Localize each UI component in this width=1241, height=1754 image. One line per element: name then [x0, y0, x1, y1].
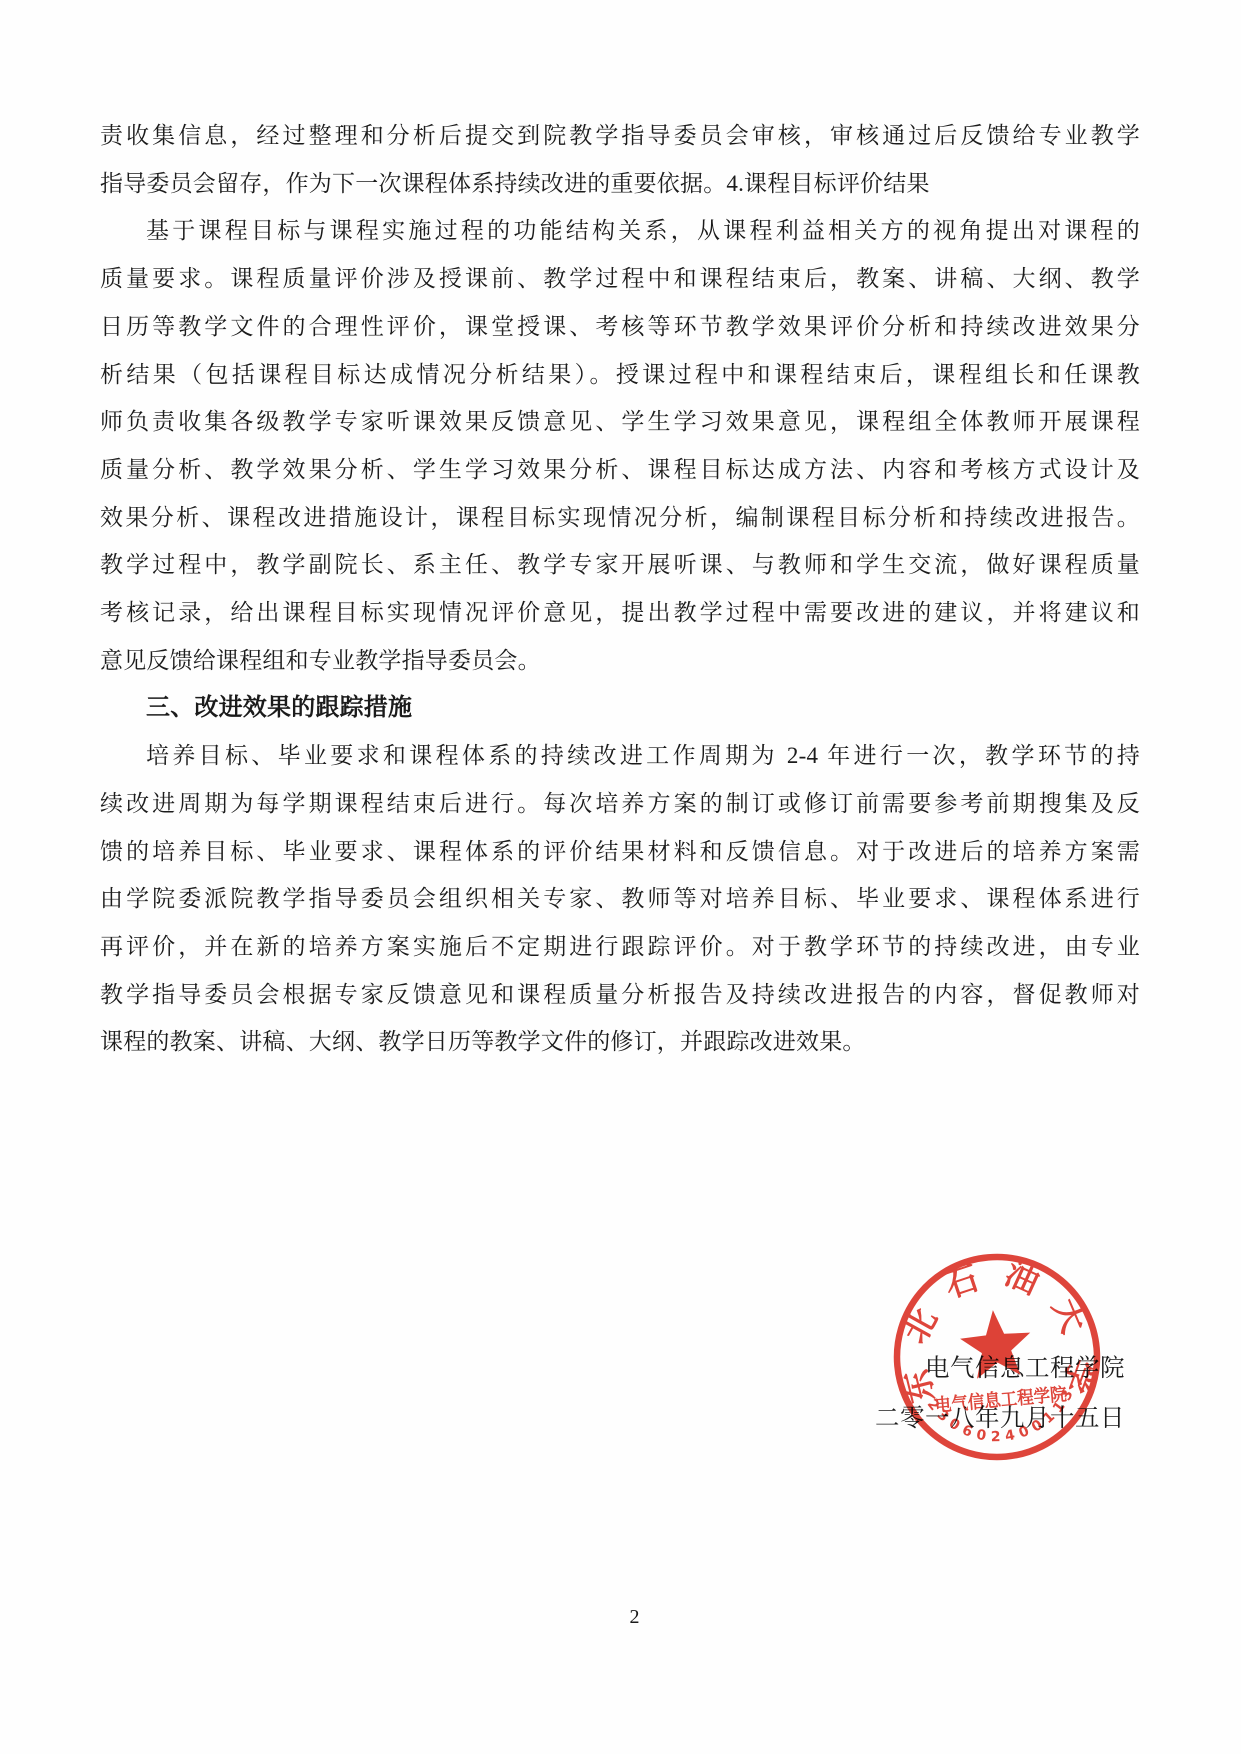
body-text: 责收集信息，经过整理和分析后提交到院教学指导委员会审核，审核通过后反馈给专业教学… [100, 112, 1140, 1066]
text-line: 培养目标、毕业要求和课程体系的持续改进工作周期为 2-4 年进行一次，教学环节的… [100, 732, 1140, 780]
text-line: 考核记录，给出课程目标实现情况评价意见，提出教学过程中需要改进的建议，并将建议和 [100, 589, 1140, 637]
text-line: 馈的培养目标、毕业要求、课程体系的评价结果材料和反馈信息。对于改进后的培养方案需 [100, 828, 1140, 876]
text-line: 课程的教案、讲稿、大纲、教学日历等教学文件的修订，并跟踪改进效果。 [100, 1018, 1140, 1066]
text-line: 析结果（包括课程目标达成情况分析结果）。授课过程中和课程结束后，课程组长和任课教 [100, 351, 1140, 399]
text-line: 基于课程目标与课程实施过程的功能结构关系，从课程利益相关方的视角提出对课程的 [100, 207, 1140, 255]
text-line: 师负责收集各级教学专家听课效果反馈意见、学生学习效果意见，课程组全体教师开展课程 [100, 398, 1140, 446]
text-line: 续改进周期为每学期课程结束后进行。每次培养方案的制订或修订前需要参考前期搜集及反 [100, 780, 1140, 828]
document-page: 责收集信息，经过整理和分析后提交到院教学指导委员会审核，审核通过后反馈给专业教学… [0, 0, 1241, 1754]
text-line: 教学指导委员会根据专家反馈意见和课程质量分析报告及持续改进报告的内容，督促教师对 [100, 971, 1140, 1019]
text-line: 质量分析、教学效果分析、学生学习效果分析、课程目标达成方法、内容和考核方式设计及 [100, 446, 1140, 494]
page-number: 2 [0, 1606, 1241, 1629]
text-line: 由学院委派院教学指导委员会组织相关专家、教师等对培养目标、毕业要求、课程体系进行 [100, 875, 1140, 923]
official-seal: 东北石油大学 电气信息工程学院 2306024001136 [884, 1244, 1110, 1470]
section-heading: 三、改进效果的跟踪措施 [100, 684, 1140, 732]
text-line: 指导委员会留存，作为下一次课程体系持续改进的重要依据。4.课程目标评价结果 [100, 160, 1140, 208]
text-line: 责收集信息，经过整理和分析后提交到院教学指导委员会审核，审核通过后反馈给专业教学 [100, 112, 1140, 160]
text-line: 教学过程中，教学副院长、系主任、教学专家开展听课、与教师和学生交流，做好课程质量 [100, 541, 1140, 589]
text-line: 再评价，并在新的培养方案实施后不定期进行跟踪评价。对于教学环节的持续改进，由专业 [100, 923, 1140, 971]
seal-star-icon [958, 1307, 1034, 1380]
text-line: 日历等教学文件的合理性评价，课堂授课、考核等环节教学效果评价分析和持续改进效果分 [100, 303, 1140, 351]
text-line: 意见反馈给课程组和专业教学指导委员会。 [100, 637, 1140, 685]
seal-svg: 东北石油大学 电气信息工程学院 2306024001136 [884, 1244, 1110, 1470]
text-line: 效果分析、课程改进措施设计，课程目标实现情况分析，编制课程目标分析和持续改进报告… [100, 494, 1140, 542]
text-line: 质量要求。课程质量评价涉及授课前、教学过程中和课程结束后，教案、讲稿、大纲、教学 [100, 255, 1140, 303]
